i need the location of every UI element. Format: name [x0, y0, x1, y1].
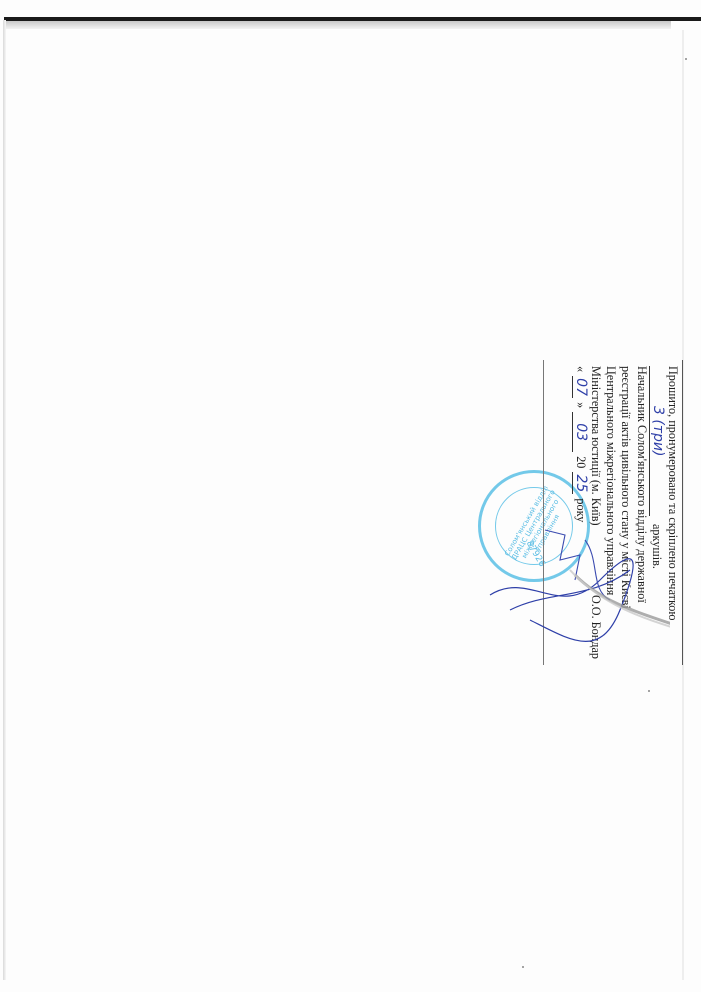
- date-close-quote: »: [572, 402, 588, 408]
- scan-speck: [648, 690, 650, 692]
- signature-and-thread: [470, 500, 670, 650]
- binding-thread: [575, 575, 670, 625]
- sheet-count-handwritten: 3 (три): [649, 366, 665, 516]
- scan-speck: [522, 966, 524, 968]
- date-year-suffix: 25: [572, 472, 588, 494]
- date-year-prefix: 20: [572, 456, 588, 468]
- scan-border-left: [3, 20, 6, 980]
- date-day: 07: [572, 376, 588, 398]
- date-month: 03: [572, 412, 588, 452]
- scan-shadow-top: [6, 21, 671, 29]
- date-open-quote: «: [572, 366, 588, 372]
- scan-speck: [685, 58, 687, 60]
- signature-ink: [545, 530, 610, 600]
